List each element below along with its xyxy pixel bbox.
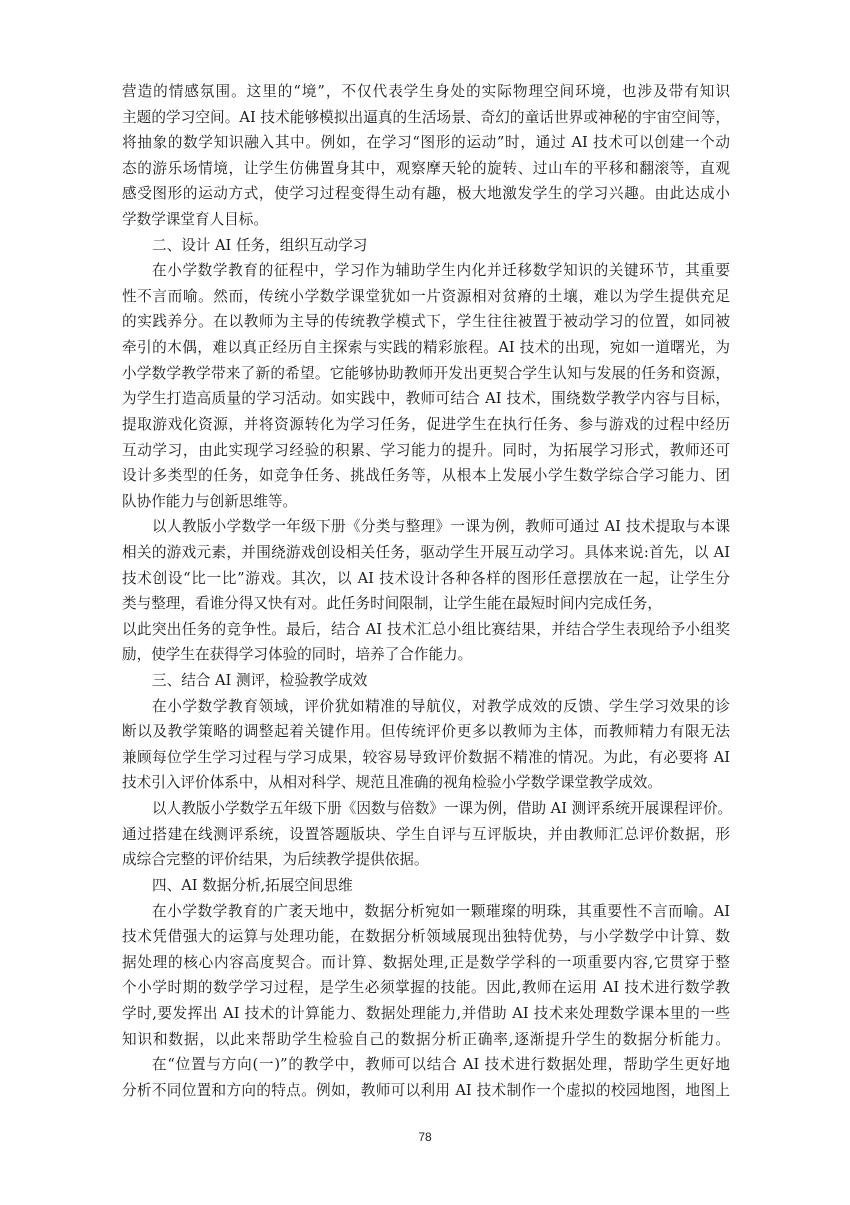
text-line: 以人教版小学数学五年级下册《因数与倍数》一课为例，借助 AI 测评系统开展课程评… bbox=[122, 796, 730, 822]
section-heading: 二、设计 AI 任务，组织互动学习 bbox=[122, 233, 730, 259]
text-line: 将抽象的数学知识融入其中。例如，在学习“图形的运动”时，通过 AI 技术可以创建… bbox=[122, 130, 730, 156]
text-line: 设计多类型的任务，如竞争任务、挑战任务等，从根本上发展小学生数学综合学习能力、团 bbox=[122, 463, 730, 489]
text-line: 学数学课堂育人目标。 bbox=[122, 207, 730, 233]
text-line: 营造的情感氛围。这里的“境”，不仅代表学生身处的实际物理空间环境，也涉及带有知识 bbox=[122, 79, 730, 105]
document-page: 营造的情感氛围。这里的“境”，不仅代表学生身处的实际物理空间环境，也涉及带有知识… bbox=[0, 0, 850, 1205]
text-line: 技术创设“比一比”游戏。其次，以 AI 技术设计各种各样的图形任意摆放在一起，让… bbox=[122, 566, 730, 592]
text-line: 在小学数学教育的广袤天地中，数据分析宛如一颗璀璨的明珠，其重要性不言而喻。AI bbox=[122, 899, 730, 925]
text-line: 相关的游戏元素，并围绕游戏创设相关任务，驱动学生开展互动学习。具体来说:首先，以… bbox=[122, 540, 730, 566]
page-number: 78 bbox=[0, 1130, 850, 1144]
text-line: 学时,要发挥出 AI 技术的计算能力、数据处理能力,并借助 AI 技术来处理数学… bbox=[122, 1001, 730, 1027]
text-line: 主题的学习空间。AI 技术能够模拟出逼真的生活场景、奇幻的童话世界或神秘的宇宙空… bbox=[122, 105, 730, 131]
section-heading: 三、结合 AI 测评，检验教学成效 bbox=[122, 668, 730, 694]
text-line: 技术引入评价体系中，从相对科学、规范且准确的视角检验小学数学课堂教学成效。 bbox=[122, 770, 730, 796]
text-line: 以此突出任务的竞争性。最后，结合 AI 技术汇总小组比赛结果，并结合学生表现给予… bbox=[122, 617, 730, 643]
text-line: 类与整理，看谁分得又快有对。此任务时间限制，让学生能在最短时间内完成任务， bbox=[122, 591, 730, 617]
text-line: 成综合完整的评价结果，为后续教学提供依据。 bbox=[122, 847, 730, 873]
text-line: 互动学习，由此实现学习经验的积累、学习能力的提升。同时，为拓展学习形式，教师还可 bbox=[122, 438, 730, 464]
text-line: 励，使学生在获得学习体验的同时，培养了合作能力。 bbox=[122, 642, 730, 668]
section-heading: 四、AI 数据分析,拓展空间思维 bbox=[122, 873, 730, 899]
text-line: 小学数学教学带来了新的希望。它能够协助教师开发出更契合学生认知与发展的任务和资源… bbox=[122, 361, 730, 387]
text-line: 断以及教学策略的调整起着关键作用。但传统评价更多以教师为主体，而教师精力有限无法 bbox=[122, 719, 730, 745]
text-line: 通过搭建在线测评系统，设置答题版块、学生自评与互评版块，并由教师汇总评价数据，形 bbox=[122, 822, 730, 848]
text-line: 以人教版小学数学一年级下册《分类与整理》一课为例，教师可通过 AI 技术提取与本… bbox=[122, 514, 730, 540]
body-text: 营造的情感氛围。这里的“境”，不仅代表学生身处的实际物理空间环境，也涉及带有知识… bbox=[122, 79, 730, 1103]
text-line: 据处理的核心内容高度契合。而计算、数据处理,正是数学学科的一项重要内容,它贯穿于… bbox=[122, 950, 730, 976]
text-line: 在小学数学教育的征程中，学习作为辅助学生内化并迁移数学知识的关键环节，其重要 bbox=[122, 258, 730, 284]
text-line: 态的游乐场情境，让学生仿佛置身其中，观察摩天轮的旋转、过山车的平移和翻滚等，直观 bbox=[122, 156, 730, 182]
text-line: 的实践养分。在以教师为主导的传统教学模式下，学生往往被置于被动学习的位置，如同被 bbox=[122, 309, 730, 335]
text-line: 队协作能力与创新思维等。 bbox=[122, 489, 730, 515]
text-line: 兼顾每位学生学习过程与学习成果，较容易导致评价数据不精准的情况。为此，有必要将 … bbox=[122, 745, 730, 771]
text-line: 个小学时期的数学学习过程，是学生必须掌握的技能。因此,教师在运用 AI 技术进行… bbox=[122, 975, 730, 1001]
text-line: 技术凭借强大的运算与处理功能，在数据分析领域展现出独特优势，与小学数学中计算、数 bbox=[122, 924, 730, 950]
text-line: 提取游戏化资源，并将资源转化为学习任务，促进学生在执行任务、参与游戏的过程中经历 bbox=[122, 412, 730, 438]
text-line: 分析不同位置和方向的特点。例如，教师可以利用 AI 技术制作一个虚拟的校园地图，… bbox=[122, 1078, 730, 1104]
text-line: 在小学数学教育领域，评价犹如精准的导航仪，对教学成效的反馈、学生学习效果的诊 bbox=[122, 694, 730, 720]
text-line: 牵引的木偶，难以真正经历自主探索与实践的精彩旅程。AI 技术的出现，宛如一道曙光… bbox=[122, 335, 730, 361]
text-line: 性不言而喻。然而，传统小学数学课堂犹如一片资源相对贫瘠的土壤，难以为学生提供充足 bbox=[122, 284, 730, 310]
text-line: 知识和数据，以此来帮助学生检验自己的数据分析正确率,逐渐提升学生的数据分析能力。 bbox=[122, 1027, 730, 1053]
text-line: 在“位置与方向(一)”的教学中，教师可以结合 AI 技术进行数据处理，帮助学生更… bbox=[122, 1052, 730, 1078]
text-line: 感受图形的运动方式，使学习过程变得生动有趣，极大地激发学生的学习兴趣。由此达成小 bbox=[122, 181, 730, 207]
text-line: 为学生打造高质量的学习活动。如实践中，教师可结合 AI 技术，围绕数学教学内容与… bbox=[122, 386, 730, 412]
